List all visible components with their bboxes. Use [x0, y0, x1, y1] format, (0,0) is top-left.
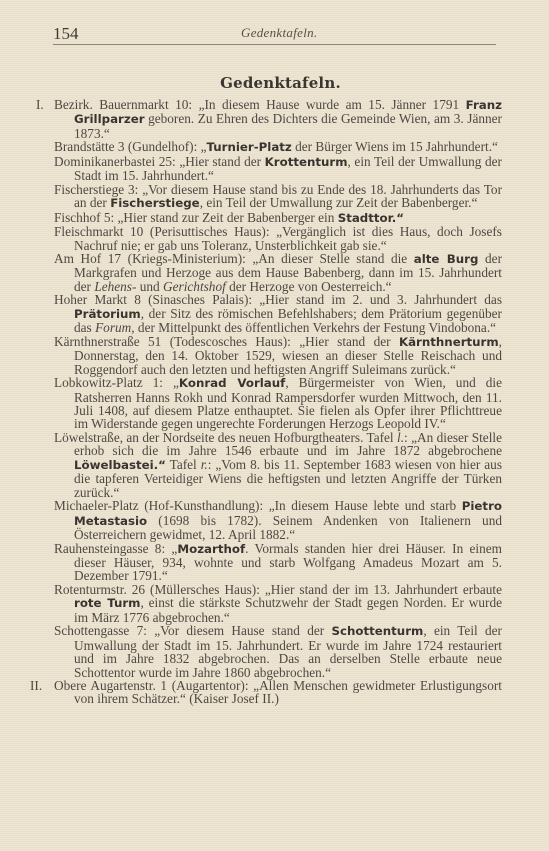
entry-text: Lobkowitz-Platz 1: „	[54, 375, 179, 390]
memorial-plaque-list: I.Bezirk. Bauernmarkt 10: „In diesem Hau…	[0, 98, 549, 706]
entry-fleischmarkt: Fleischmarkt 10 (Perisuttisches Haus): „…	[0, 225, 502, 252]
entry-text: Michaeler-Platz (Hof-Kunsthandlung): „In…	[54, 498, 462, 513]
entry-rotenturmstrasse: Rotenturmstr. 26 (Müllersches Haus): „Hi…	[0, 583, 502, 624]
entry-dominikanerbastei: Dominikanerbastei 25: „Hier stand der Kr…	[0, 155, 502, 183]
entry-text: Brandstätte 3 (Gundelhof): „	[54, 139, 207, 154]
highlight-name: Fischerstiege	[110, 196, 200, 210]
highlight-name: Löwelbastei.“	[74, 458, 166, 472]
entry-text: Am Hof 17 (Kriegs-Ministerium): „An dies…	[54, 251, 414, 266]
highlight-name: Schottenturm	[332, 624, 424, 638]
entry-text: Kärnthnerstraße 51 (Todescosches Haus): …	[54, 334, 399, 349]
entry-text: , ein Teil der Umwallung zur Zeit der Ba…	[200, 195, 478, 210]
entry-text: Fischhof 5: „Hier stand zur Zeit der Bab…	[54, 210, 338, 225]
highlight-name: Turnier-Platz	[207, 140, 292, 154]
entry-text: Obere Augartenstr. 1 (Augartentor): „All…	[54, 678, 502, 706]
district-numeral: I.	[36, 98, 44, 111]
highlight-name: Mozarthof	[177, 542, 245, 556]
entry-brandstaette: Brandstätte 3 (Gundelhof): „Turnier-Plat…	[0, 140, 502, 154]
entry-fischerstiege: Fischerstiege 3: „Vor diesem Hause stand…	[0, 183, 502, 211]
entry-obere-augartenstrasse: II.Obere Augartenstr. 1 (Augartentor): „…	[0, 679, 502, 706]
district-numeral: II.	[30, 679, 42, 692]
highlight-name: Kärnthnerturm	[399, 335, 499, 349]
entry-text: Dominikanerbastei 25: „Hier stand der	[54, 154, 265, 169]
italic-term: r.	[201, 457, 208, 472]
highlight-name: Prätorium	[74, 307, 141, 321]
highlight-name: Konrad Vorlauf	[179, 376, 285, 390]
entry-text: Rauhensteingasse 8: „	[54, 541, 177, 556]
entry-loewelstrasse: Löwelstraße, an der Nordseite des neuen …	[0, 431, 502, 499]
header-rule	[53, 44, 496, 45]
page-number: 154	[53, 24, 79, 44]
entry-lobkowitz-platz: Lobkowitz-Platz 1: „Konrad Vorlauf, Bürg…	[0, 376, 502, 431]
entry-text: Fleischmarkt 10 (Perisuttisches Haus): „…	[54, 224, 502, 252]
entry-schottengasse: Schottengasse 7: „Vor diesem Hause stand…	[0, 624, 502, 679]
entry-am-hof: Am Hof 17 (Kriegs-Ministerium): „An dies…	[0, 252, 502, 293]
highlight-name: rote Turm	[74, 596, 140, 610]
entry-text: der Bürger Wiens im 15 Jahrhundert.“	[292, 139, 498, 154]
entry-bauernmarkt: I.Bezirk. Bauernmarkt 10: „In diesem Hau…	[0, 98, 502, 140]
entry-rauhensteingasse: Rauhensteingasse 8: „Mozarthof. Vormals …	[0, 542, 502, 583]
highlight-name: alte Burg	[414, 252, 479, 266]
entry-text: Tafel	[166, 457, 201, 472]
entry-kaernthnerstrasse: Kärnthnerstraße 51 (Todescosches Haus): …	[0, 335, 502, 376]
page-header: 154 Gedenktafeln.	[53, 22, 496, 46]
entry-text: Bezirk. Bauernmarkt 10: „In diesem Hause…	[54, 97, 466, 112]
entry-fischhof: Fischhof 5: „Hier stand zur Zeit der Bab…	[0, 211, 502, 225]
section-title: Gedenktafeln.	[0, 74, 549, 92]
highlight-name: Krottenturm	[265, 155, 348, 169]
highlight-name: Stadttor.“	[338, 211, 404, 225]
entry-text: Schottengasse 7: „Vor diesem Hause stand…	[54, 623, 332, 638]
running-title: Gedenktafeln.	[241, 25, 317, 41]
entry-hoher-markt: Hoher Markt 8 (Sinasches Palais): „Hier …	[0, 293, 502, 334]
entry-michaeler-platz: Michaeler-Platz (Hof-Kunsthandlung): „In…	[0, 499, 502, 541]
